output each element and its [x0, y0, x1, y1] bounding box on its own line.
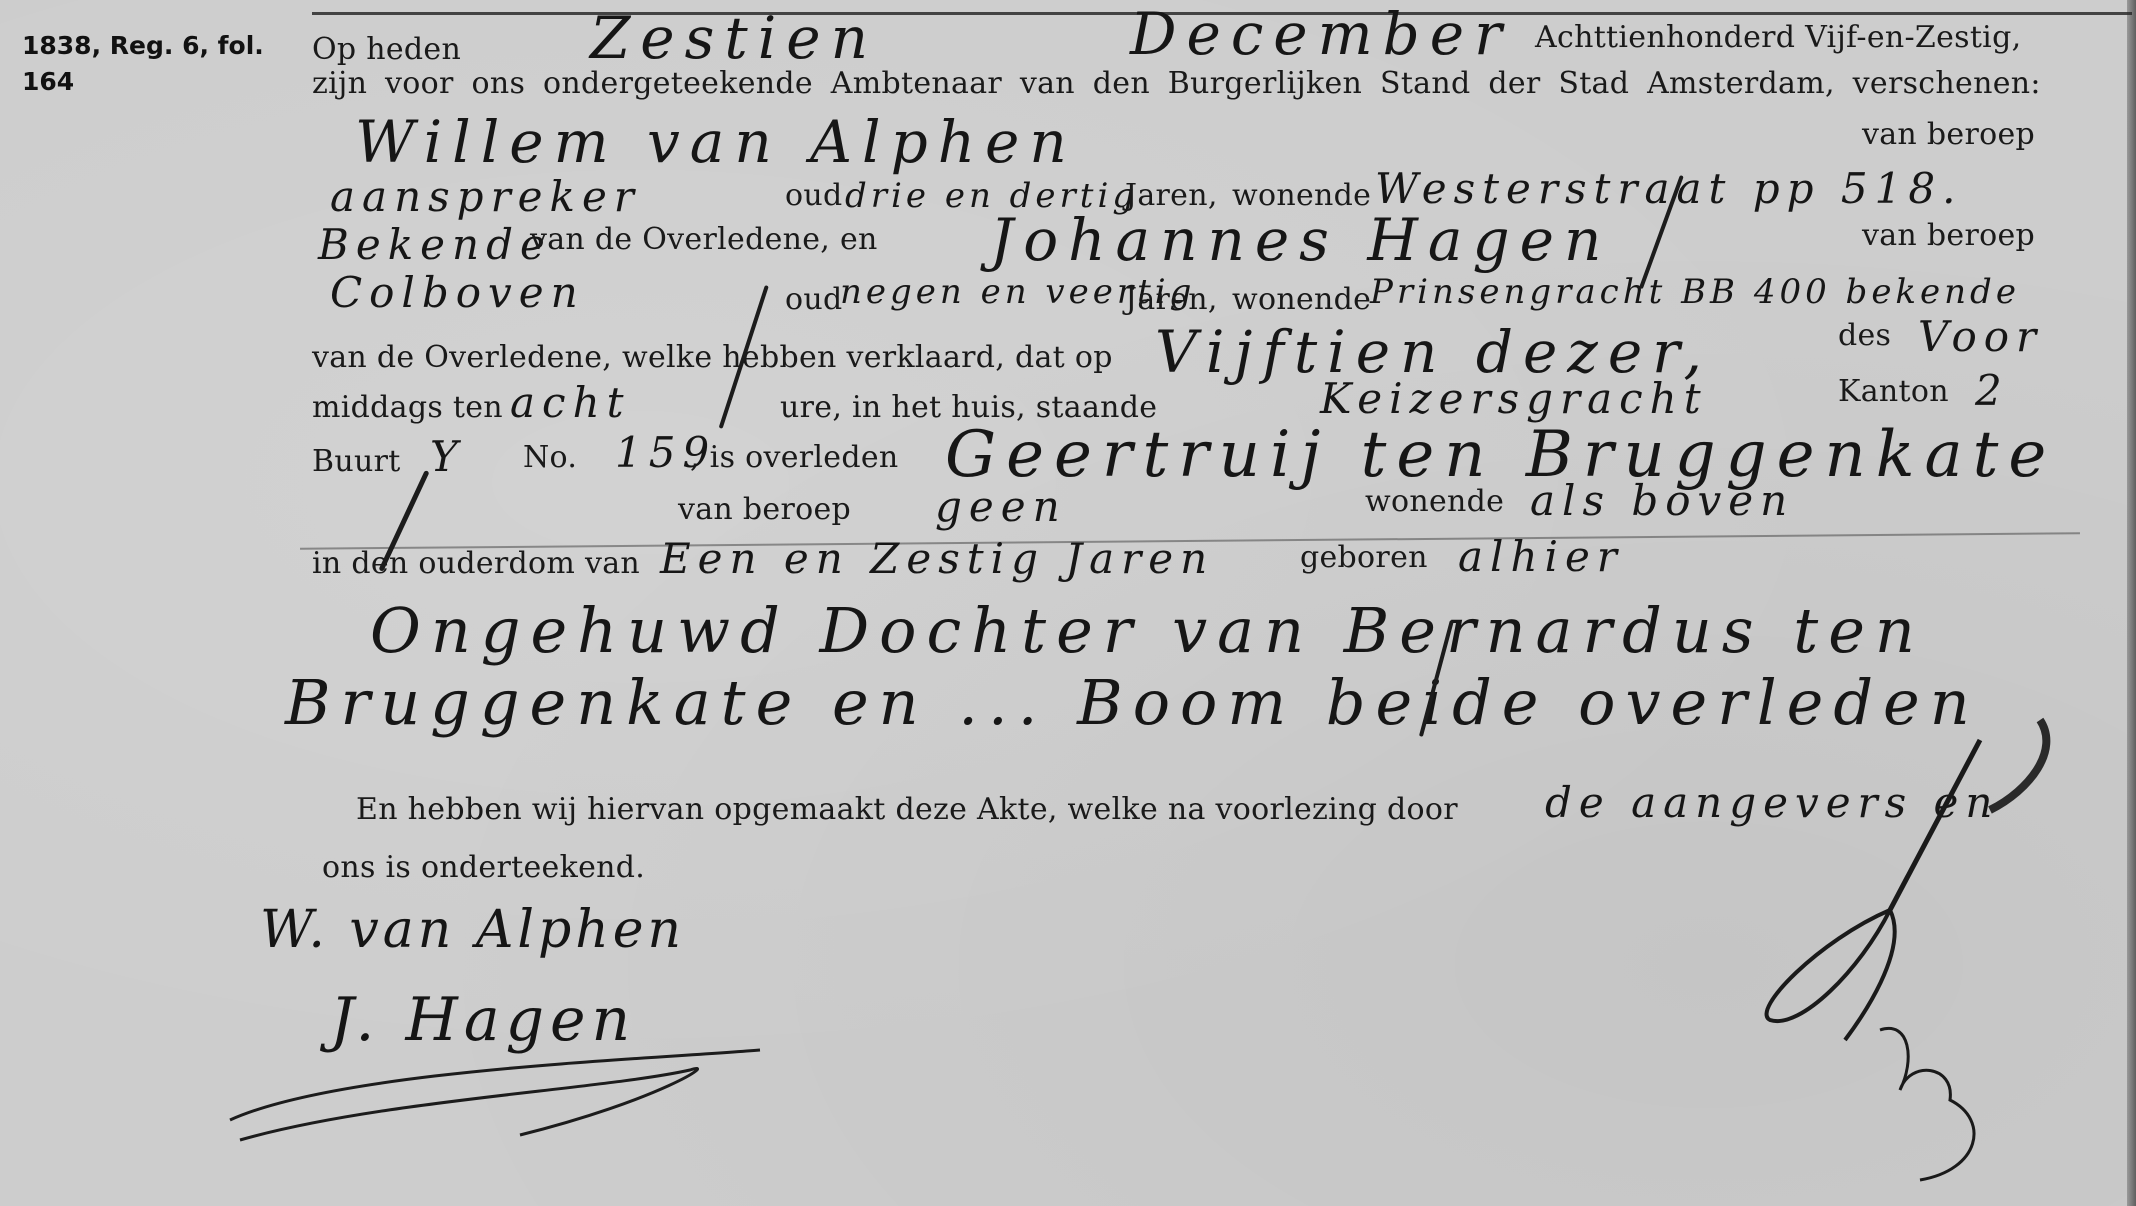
handwritten-relation1: Bekende — [318, 220, 552, 269]
printed-kanton: Kanton — [1838, 374, 1949, 409]
handwritten-profession1: aanspreker — [330, 172, 641, 221]
printed-middags-ten: middags ten — [312, 390, 503, 425]
page-edge-shadow — [2127, 0, 2136, 1206]
printed-in-den-ouderdom: in den ouderdom van — [312, 546, 640, 581]
handwritten-time-of-day: Voor — [1918, 312, 2043, 361]
handwritten-buurt: Y — [430, 432, 465, 481]
printed-oud-1: oud — [785, 178, 843, 213]
printed-wonende-2: wonende — [1232, 282, 1371, 317]
handwritten-informant1-name: Willem van Alphen — [355, 108, 1077, 176]
handwritten-month: December — [1130, 0, 1512, 68]
printed-geboren: geboren — [1300, 540, 1428, 575]
printed-van-beroep-2: van beroep — [1862, 218, 2035, 253]
handwritten-informant2-name: Johannes Hagen — [990, 206, 1611, 274]
signature-informant1: W. van Alphen — [260, 900, 685, 960]
handwritten-age: Een en Zestig Jaren — [660, 534, 1214, 583]
printed-des: des — [1838, 318, 1891, 353]
printed-jaren-2: Jaren, — [1125, 282, 1218, 317]
handwritten-profession: geen — [935, 482, 1067, 531]
printed-year: Achttienhonderd Vijf-en-Zestig, — [1535, 20, 2021, 55]
printed-closing-1: En hebben wij hiervan opgemaakt deze Akt… — [356, 792, 1458, 827]
printed-line-7: van de Overledene, welke hebben verklaar… — [312, 340, 1113, 375]
printed-line-2: zijn voor ons ondergeteekende Ambtenaar … — [312, 66, 2041, 101]
handwritten-address2: Prinsengracht BB 400 bekende — [1370, 272, 2020, 312]
printed-closing-2: ons is onderteekend. — [322, 850, 645, 885]
printed-wonende-3: wonende — [1365, 484, 1504, 519]
printed-van-beroep-3: van beroep — [678, 492, 851, 527]
handwritten-street: Keizersgracht — [1320, 374, 1708, 423]
signature-flourish — [220, 1040, 780, 1150]
handwritten-birthplace: alhier — [1458, 532, 1624, 581]
reference-label: 1838, Reg. 6, fol. 164 — [22, 28, 312, 100]
handwritten-kanton: 2 — [1975, 366, 2009, 415]
handwritten-hour: acht — [510, 378, 631, 427]
handwritten-day: Zestien — [590, 4, 878, 72]
handwritten-profession2: Colboven — [330, 268, 585, 317]
signature-official — [1740, 720, 2060, 1180]
scanned-death-record: 1838, Reg. 6, fol. 164 Op heden Zestien … — [0, 0, 2136, 1206]
handwritten-remarks-1: Ongehuwd Dochter van Bernardus ten — [370, 594, 1925, 667]
printed-op-heden: Op heden — [312, 32, 461, 67]
printed-is-overleden: , is overleden — [690, 440, 899, 475]
printed-oud-2: oud — [785, 282, 843, 317]
printed-buurt: Buurt — [312, 444, 401, 479]
printed-van-beroep-1: van beroep — [1862, 117, 2035, 152]
printed-no: No. — [523, 440, 577, 475]
handwritten-remarks-2: Bruggenkate en ... Boom beide overleden — [285, 666, 1980, 739]
handwritten-residence: als boven — [1530, 476, 1794, 525]
handwritten-deceased-name: Geertruij ten Bruggenkate — [945, 418, 2056, 492]
printed-van-de-overledene-en: van de Overledene, en — [530, 222, 878, 257]
